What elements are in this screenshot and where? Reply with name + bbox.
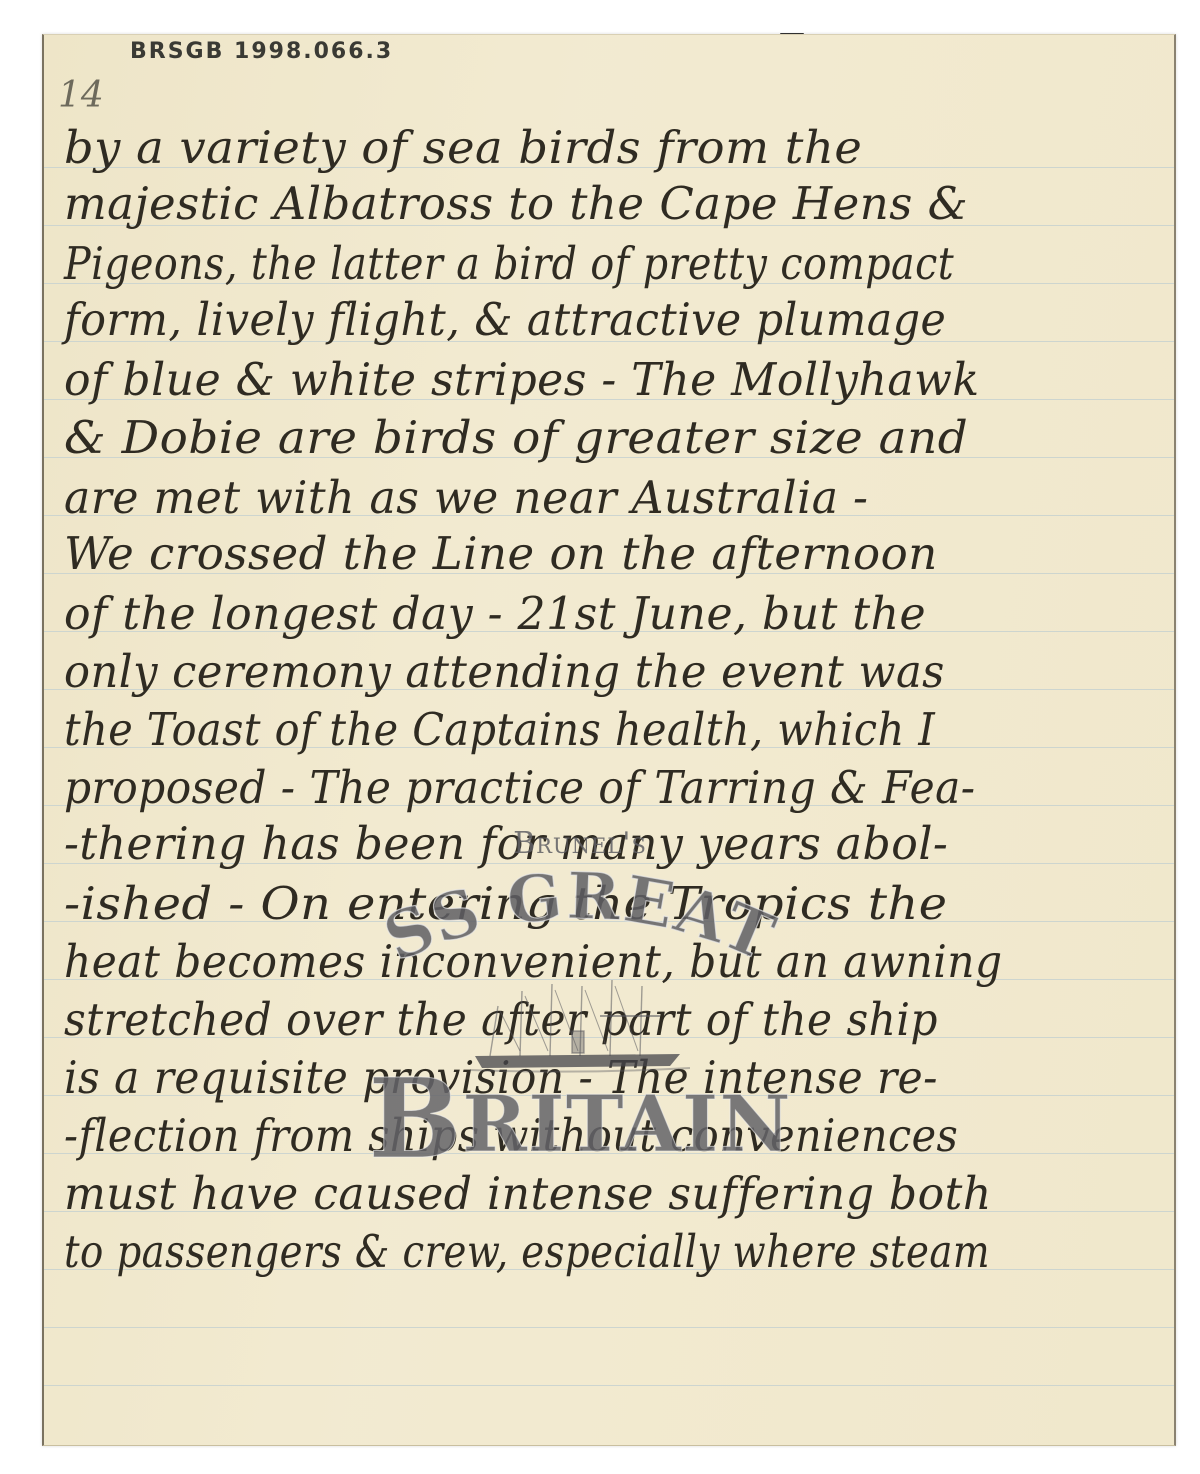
handwritten-line: -thering has been for many years abol- — [64, 821, 948, 866]
handwritten-line: of blue & white stripes - The Mollyhawk — [64, 357, 980, 402]
handwritten-line: of the longest day - 21st June, but the — [64, 591, 926, 636]
accession-number: BRSGB 1998.066.3 — [130, 39, 393, 64]
handwritten-line: the Toast of the Captains health, which … — [64, 707, 935, 752]
handwritten-line: stretched over the after part of the shi… — [64, 997, 938, 1042]
ruled-line — [44, 1385, 1174, 1386]
handwritten-line: majestic Albatross to the Cape Hens & — [64, 181, 968, 226]
handwritten-line: heat becomes inconvenient, but an awning — [64, 939, 1003, 984]
handwritten-line: is a requisite provision - The intense r… — [64, 1055, 938, 1100]
handwritten-line: by a variety of sea birds from the — [64, 125, 862, 170]
handwritten-line: to passengers & crew, especially where s… — [64, 1229, 990, 1274]
handwritten-line: We crossed the Line on the afternoon — [64, 531, 938, 576]
manuscript-page: BRSGB 1998.066.3 14 by a variety of sea … — [42, 34, 1176, 1446]
handwritten-line: form, lively flight, & attractive plumag… — [64, 297, 946, 342]
handwritten-line: must have caused intense suffering both — [64, 1171, 992, 1216]
handwritten-line: & Dobie are birds of greater size and — [64, 415, 968, 460]
handwritten-line: -flection from ships without convenience… — [64, 1113, 958, 1158]
handwritten-line: -ished - On entering the Tropics the — [64, 881, 948, 926]
page-number: 14 — [58, 75, 104, 116]
ruled-line — [44, 1327, 1174, 1328]
handwritten-line: are met with as we near Australia - — [64, 475, 868, 520]
handwritten-line: proposed - The practice of Tarring & Fea… — [64, 765, 976, 810]
handwritten-line: Pigeons, the latter a bird of pretty com… — [64, 241, 954, 286]
handwritten-line: only ceremony attending the event was — [64, 649, 945, 694]
